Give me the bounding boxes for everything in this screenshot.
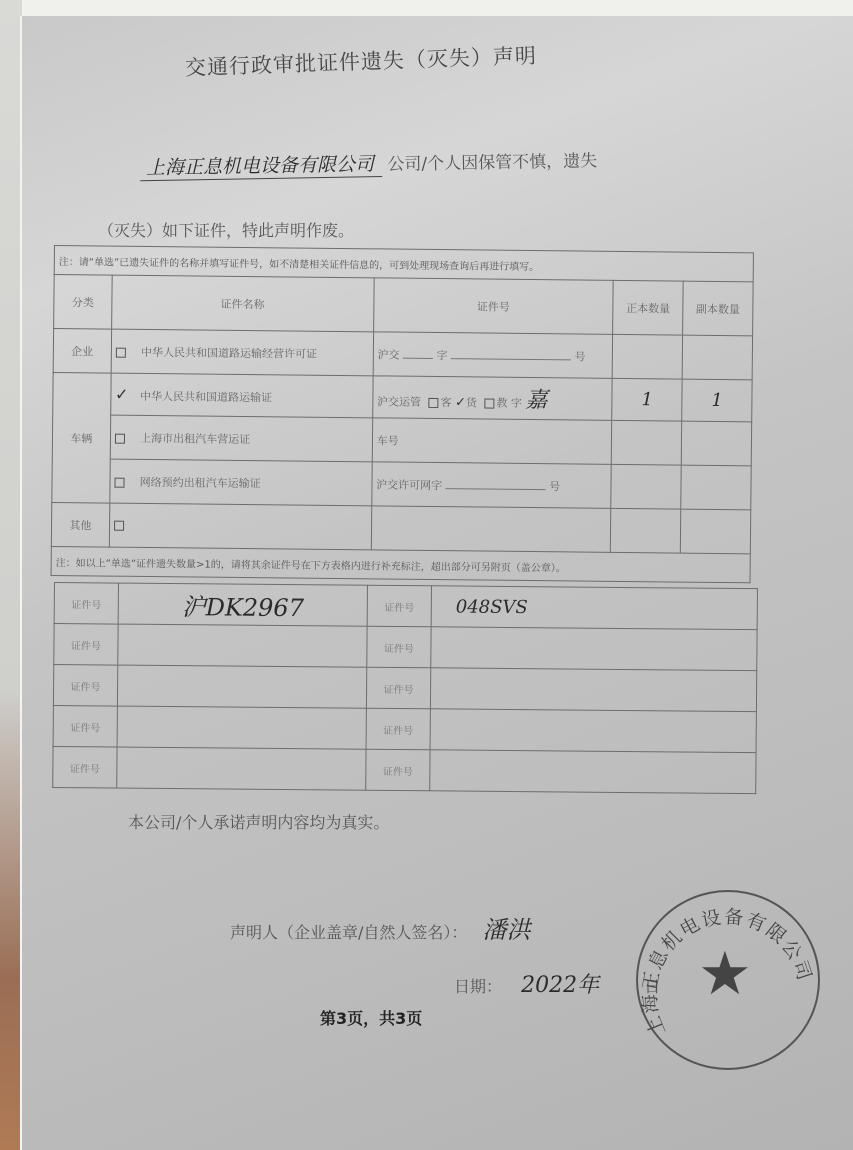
- promise-statement: 本公司/个人承诺声明内容均为真实。: [128, 810, 389, 833]
- table-row: 车辆 ✓ 中华人民共和国道路运输证 沪交运管 客 ✓货 教 字 嘉 1 1: [53, 372, 752, 421]
- checkbox[interactable]: [115, 433, 125, 443]
- table-row: 上海市出租汽车营运证 车号: [52, 414, 751, 465]
- header-category: 分类: [54, 275, 112, 330]
- row-original-qty: [611, 464, 681, 509]
- date-line: 日期： 2022年 日: [454, 968, 660, 999]
- row-copy-qty: [682, 335, 752, 380]
- row-cert-name: 网络预约出租汽车运输证: [109, 459, 371, 506]
- table-row: 网络预约出租汽车运输证 沪交许可网字 号: [52, 458, 751, 509]
- row-cert-name: [109, 503, 371, 550]
- header-cert-name: 证件名称: [111, 275, 374, 332]
- table-row: 证件号 证件号: [53, 665, 756, 712]
- row-cert-no: 沪交 字 号: [373, 332, 613, 379]
- row-cert-name: 中华人民共和国道路运输经营许可证: [111, 329, 373, 376]
- photo-background-floor: [0, 0, 22, 1150]
- checkmark-icon[interactable]: ✓: [455, 395, 466, 410]
- row-category: 车辆: [52, 372, 111, 503]
- lost-certificate-table: 注：请“单选”已遗失证件的名称并填写证件号，如不清楚相关证件信息的，可到处理现场…: [51, 245, 754, 583]
- checkbox[interactable]: [114, 477, 124, 487]
- intro-line-1-suffix: 公司/个人因保管不慎，遗失: [387, 151, 597, 175]
- header-copy-qty: 副本数量: [683, 281, 753, 336]
- checkmark-icon[interactable]: ✓: [115, 385, 129, 404]
- checkbox-passenger[interactable]: [428, 398, 438, 408]
- row-original-qty: 1: [612, 378, 682, 421]
- handwritten-signature: 潘洪: [483, 916, 531, 944]
- supplement-table: 证件号 沪DK2967 证件号 048SVS 证件号 证件号 证件号 证件号 证…: [52, 582, 758, 794]
- intro-line-2: （灭失）如下证件，特此声明作废。: [98, 218, 598, 241]
- checkbox[interactable]: [115, 347, 125, 357]
- row-copy-qty: [681, 421, 751, 466]
- page-number: 第3页，共3页: [320, 1006, 422, 1029]
- header-cert-no: 证件号: [373, 278, 613, 335]
- table-row: 其他: [51, 502, 750, 553]
- row-original-qty: [613, 334, 683, 379]
- signer-line: 声明人（企业盖章/自然人签名）： 潘洪: [230, 910, 531, 945]
- table-row: 证件号 证件号: [54, 624, 757, 671]
- checkbox[interactable]: [114, 521, 124, 531]
- row-copy-qty: [681, 465, 751, 510]
- row-category: 企业: [53, 329, 111, 374]
- table-row: 证件号 沪DK2967 证件号 048SVS: [54, 583, 757, 630]
- row-copy-qty: 1: [682, 379, 752, 422]
- handwritten-company-name: 上海正息机电设备有限公司: [140, 149, 382, 181]
- row-cert-no: 沪交运管 客 ✓货 教 字 嘉: [372, 376, 612, 421]
- row-cert-name: ✓ 中华人民共和国道路运输证: [110, 373, 372, 418]
- date-label: 日期：: [454, 977, 502, 996]
- row-cert-no: [371, 506, 611, 553]
- header-original-qty: 正本数量: [613, 280, 683, 335]
- row-copy-qty: [680, 509, 750, 554]
- table-row: 证件号 证件号: [53, 746, 756, 793]
- supplement-value-right: 048SVS: [431, 586, 757, 630]
- signer-label: 声明人（企业盖章/自然人签名）：: [230, 923, 467, 942]
- row-cert-name: 上海市出租汽车营运证: [110, 415, 372, 462]
- table-row: 证件号 证件号: [53, 705, 756, 752]
- supplement-value-left: 沪DK2967: [118, 583, 367, 626]
- row-cert-no: 车号: [372, 418, 612, 465]
- handwritten-prefix: 嘉: [525, 388, 547, 413]
- star-icon: ★: [698, 944, 752, 1004]
- row-original-qty: [611, 508, 681, 553]
- row-original-qty: [612, 420, 682, 465]
- checkbox-training[interactable]: [484, 399, 494, 409]
- handwritten-date: 2022年: [521, 973, 599, 998]
- row-cert-no: 沪交许可网字 号: [371, 462, 611, 509]
- table-row: 企业 中华人民共和国道路运输经营许可证 沪交 字 号: [53, 329, 752, 380]
- company-seal: 上海正息机电设备有限公司 ★: [636, 890, 820, 1070]
- row-category: 其他: [51, 502, 109, 547]
